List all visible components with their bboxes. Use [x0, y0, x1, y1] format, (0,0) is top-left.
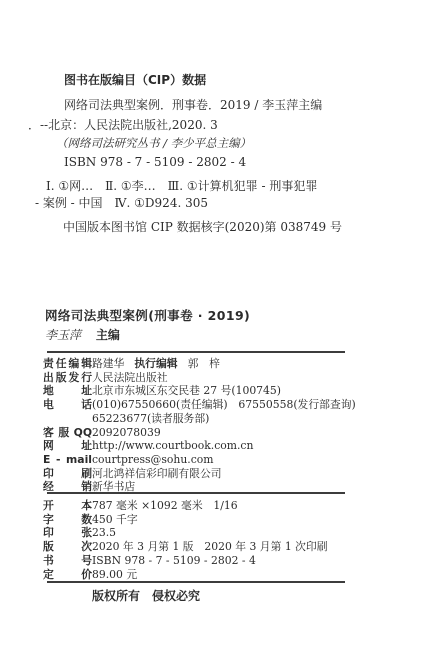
info-row-address: 地址 北京市东城区东交民巷 27 号(100745) [43, 384, 383, 398]
info-label: 客服QQ [43, 426, 92, 440]
spec-value: 2020 年 3 月第 1 版 2020 年 3 月第 1 次印刷 [92, 540, 328, 554]
info-label: E - mail [43, 453, 92, 467]
cip-entry-line2: ．--北京：人民法院出版社,2020. 3 [28, 116, 218, 133]
editor-line: 李玉萍 主编 [45, 326, 120, 343]
spec-row-sheets: 印张 23.5 [43, 526, 383, 540]
spec-label: 开本 [43, 499, 92, 513]
info-row-qq: 客服QQ 2092078039 [43, 426, 383, 440]
info-value: courtpress@sohu.com [92, 453, 214, 467]
spec-value: 787 毫米 ×1092 毫米 1/16 [92, 499, 238, 513]
info-row-printer: 印刷 河北鸿祥信彩印刷有限公司 [43, 467, 383, 481]
spec-row-wordcount: 字数 450 千字 [43, 513, 383, 527]
spec-label: 定价 [43, 568, 92, 582]
info-label: 地址 [43, 384, 92, 398]
spec-label: 字数 [43, 513, 92, 527]
spec-row-format: 开本 787 毫米 ×1092 毫米 1/16 [43, 499, 383, 513]
info-row-website: 网址 http://www.courtbook.com.cn [43, 439, 383, 453]
print-specs-list: 开本 787 毫米 ×1092 毫米 1/16 字数 450 千字 印张 23.… [43, 499, 383, 581]
spec-value: 23.5 [92, 526, 116, 540]
info-value: 65223677(读者服务部) [92, 412, 209, 426]
divider-top [47, 351, 345, 353]
cip-series-line: （网络司法研究丛书 / 李少平总主编） [56, 135, 251, 151]
spec-row-edition: 版次 2020 年 3 月第 1 版 2020 年 3 月第 1 次印刷 [43, 540, 383, 554]
book-copyright-page: 图书在版编目（CIP）数据 网络司法典型案例．刑事卷．2019 / 李玉萍主编 … [0, 0, 439, 666]
info-value: http://www.courtbook.com.cn [92, 439, 253, 453]
info-label: 网址 [43, 439, 92, 453]
spec-value: 450 千字 [92, 513, 138, 527]
cip-isbn-line: ISBN 978 - 7 - 5109 - 2802 - 4 [64, 155, 246, 169]
info-row-phone: 电话 (010)67550660(责任编辑) 67550558(发行部查询) [43, 398, 383, 412]
divider-middle [47, 492, 345, 494]
info-row-editors: 责任编辑 路建华 执行编辑 郭 梓 [43, 357, 383, 371]
book-title: 网络司法典型案例(刑事卷 · 2019) [45, 306, 250, 324]
info-value: (010)67550660(责任编辑) 67550558(发行部查询) [92, 398, 356, 412]
spec-row-price: 定价 89.00 元 [43, 568, 383, 582]
info-label: 印刷 [43, 467, 92, 481]
spec-value: 89.00 元 [92, 568, 137, 582]
info-label: 出版发行 [43, 371, 92, 385]
publication-info-list: 责任编辑 路建华 执行编辑 郭 梓 出版发行 人民法院出版社 地址 北京市东城区… [43, 357, 383, 494]
cip-classification-line2: - 案例 - 中国 Ⅳ. ①D924. 305 [35, 194, 208, 211]
cip-entry-line1: 网络司法典型案例．刑事卷．2019 / 李玉萍主编 [64, 96, 322, 113]
spec-label: 印张 [43, 526, 92, 540]
info-value: 北京市东城区东交民巷 27 号(100745) [92, 384, 281, 398]
spec-label: 版次 [43, 540, 92, 554]
spec-value: ISBN 978 - 7 - 5109 - 2802 - 4 [92, 554, 256, 568]
copyright-notice: 版权所有 侵权必究 [92, 587, 200, 604]
info-row-email: E - mail courtpress@sohu.com [43, 453, 383, 467]
spec-row-isbn: 书号 ISBN 978 - 7 - 5109 - 2802 - 4 [43, 554, 383, 568]
spec-label: 书号 [43, 554, 92, 568]
info-value-secondary: 郭 梓 [188, 357, 220, 371]
info-value: 路建华 [92, 357, 124, 371]
info-label [43, 412, 92, 426]
info-label: 电话 [43, 398, 92, 412]
editor-role: 主编 [96, 328, 120, 342]
divider-bottom [47, 581, 345, 583]
info-row-publisher: 出版发行 人民法院出版社 [43, 371, 383, 385]
info-value: 人民法院出版社 [92, 371, 168, 385]
info-row-phone-cont: 65223677(读者服务部) [43, 412, 383, 426]
cip-heading: 图书在版编目（CIP）数据 [64, 71, 206, 88]
editor-name: 李玉萍 [45, 328, 81, 342]
info-value: 2092078039 [92, 426, 161, 440]
cip-record-line: 中国版本图书馆 CIP 数据核字(2020)第 038749 号 [63, 218, 342, 235]
info-value: 河北鸿祥信彩印刷有限公司 [92, 467, 222, 481]
info-label-secondary: 执行编辑 [134, 357, 177, 371]
cip-classification-line1: Ⅰ. ①网… Ⅱ. ①李… Ⅲ. ①计算机犯罪 - 刑事犯罪 [46, 177, 317, 194]
info-label: 责任编辑 [43, 357, 92, 371]
